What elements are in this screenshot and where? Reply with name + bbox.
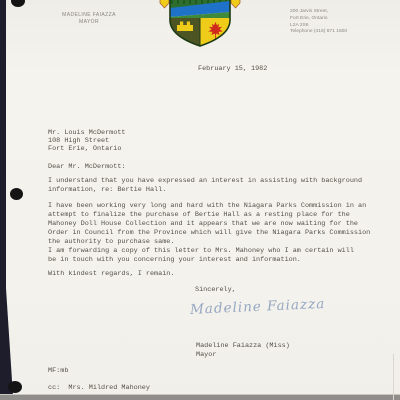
typist-initials: MF:mb xyxy=(48,367,68,376)
crest-right-ornament xyxy=(231,0,240,8)
scanned-letter-page: MADELINE FAIAZZA MAYOR xyxy=(0,0,400,400)
scan-left-edge-wedge xyxy=(0,286,13,396)
letterhead-address: 200 Jarvis Street, Fort Erie, Ontario L2… xyxy=(290,9,347,36)
letterhead-mayor-title: MAYOR xyxy=(52,19,126,26)
paragraph-2: I have been working very long and hard w… xyxy=(48,202,370,247)
cc-line: cc: Mrs. Mildred Mahoney xyxy=(48,384,150,393)
paper-right-edge xyxy=(393,354,394,400)
handwritten-signature: Madeline Faiazza xyxy=(190,296,321,318)
letter-date: February 15, 1982 xyxy=(198,65,267,74)
recipient-address: Mr. Louis McDermott 108 High Street Fort… xyxy=(48,129,126,153)
closing-sincerely: Sincerely, xyxy=(195,286,236,295)
coat-of-arms-icon xyxy=(158,0,242,55)
signer-name-block: Madeline Faiazza (Miss) Mayor xyxy=(196,342,290,360)
paragraph-4: With kindest regards, I remain. xyxy=(48,270,174,279)
hole-punch-top xyxy=(11,0,25,7)
hole-punch-bottom xyxy=(8,381,22,393)
paragraph-1: I understand that you have expressed an … xyxy=(48,177,362,195)
letterhead-mayor-name: MADELINE FAIAZZA xyxy=(52,12,126,19)
paragraph-3: I am forwarding a copy of this letter to… xyxy=(48,247,354,265)
scan-bottom-edge xyxy=(0,395,400,400)
letterhead-mayor-block: MADELINE FAIAZZA MAYOR xyxy=(52,12,126,26)
hole-punch-middle xyxy=(10,188,23,200)
salutation: Dear Mr. McDermott: xyxy=(48,163,126,172)
crest-left-ornament xyxy=(160,0,169,8)
